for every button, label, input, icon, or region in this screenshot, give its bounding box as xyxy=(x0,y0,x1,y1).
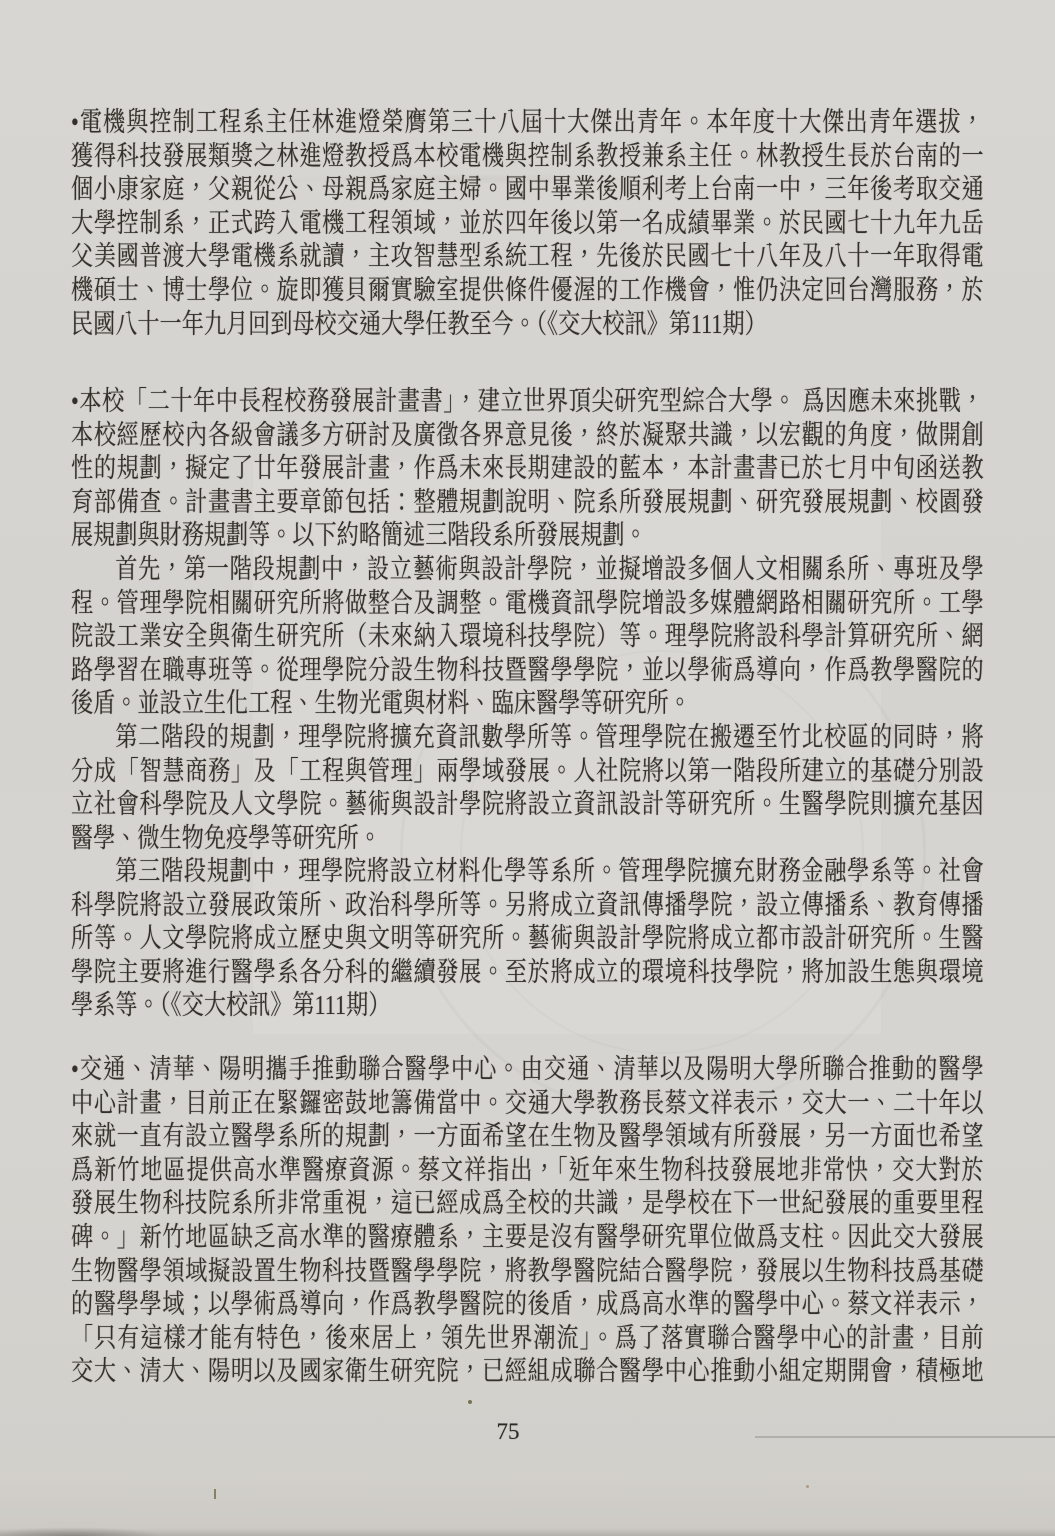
paragraph-joint-medical-center: •交通、清華、陽明攜手推動聯合醫學中心。由交通、清華以及陽明大學所聯合推動的醫學… xyxy=(71,1053,984,1389)
text-line: 分成「智慧商務」及「工程與管理」兩學域發展。人社院將以第一階段所建立的基礎分別設 xyxy=(71,755,984,789)
text-line: 爲新竹地區提供高水準醫療資源。蔡文祥指出，「近年來生物科技發展地非常快，交大對於 xyxy=(71,1154,984,1188)
text-line: 本校經歷校內各級會議多方研討及廣徵各界意見後，終於凝聚共識，以宏觀的角度，做開創 xyxy=(71,419,984,453)
text-line: 後盾。並設立生化工程、生物光電與材料、臨床醫學等研究所。 xyxy=(71,687,984,721)
text-line: 生物醫學領域擬設置生物科技暨醫學學院，將教學醫院結合醫學院，發展以生物科技爲基礎 xyxy=(71,1255,984,1289)
paragraph-top10-youth-award: •電機與控制工程系主任林進燈榮膺第三十八屆十大傑出青年。本年度十大傑出青年選拔，… xyxy=(71,106,984,341)
text-line: 性的規劃，擬定了廿年發展計畫，作爲未來長期建設的藍本，本計畫書已於七月中旬函送教 xyxy=(71,452,984,486)
text-line: •本校「二十年中長程校務發展計畫書」，建立世界頂尖研究型綜合大學。 爲因應未來挑… xyxy=(71,385,984,419)
text-line: •電機與控制工程系主任林進燈榮膺第三十八屆十大傑出青年。本年度十大傑出青年選拔， xyxy=(71,106,984,140)
text-line: 來就一直有設立醫學系所的規劃，一方面希望在生物及醫學領域有所發展，另一方面也希望 xyxy=(71,1120,984,1154)
text-line: 醫學、微生物免疫學等研究所。 xyxy=(71,822,984,856)
paragraph-phase2-plan: 第二階段的規劃，理學院將擴充資訊數學所等。管理學院在搬遷至竹北校區的同時，將分成… xyxy=(71,721,984,855)
text-line: 院設工業安全與衛生研究所（未來納入環境科技學院）等。理學院將設科學計算研究所、網 xyxy=(71,620,984,654)
bottom-edge-shadow xyxy=(0,1528,1055,1536)
paragraph-phase3-plan: 第三階段規劃中，理學院將設立材料化學等系所。管理學院擴充財務金融學系等。社會科學… xyxy=(71,855,984,1023)
text-line: 交大、清大、陽明以及國家衛生研究院，已經組成聯合醫學中心推動小組定期開會，積極地 xyxy=(71,1355,984,1389)
text-line: 大學控制系，正式跨入電機工程領域，並於四年後以第一名成績畢業。於民國七十九年九岳 xyxy=(71,207,984,241)
scan-speck xyxy=(806,1485,809,1488)
bottom-left-shadow xyxy=(0,1520,240,1536)
text-line: 程。管理學院相關研究所將做整合及調整。電機資訊學院增設多媒體網路相關研究所。工學 xyxy=(71,587,984,621)
text-line: 獲得科技發展類獎之林進燈教授爲本校電機與控制系教授兼系主任。林教授生長於台南的一 xyxy=(71,140,984,174)
text-line: 立社會科學院及人文學院。藝術與設計學院將設立資訊設計等研究所。生醫學院則擴充基因 xyxy=(71,788,984,822)
text-line: 發展生物科技院系所非常重視，這已經成爲全校的共識，是學校在下一世紀發展的重要里程 xyxy=(71,1187,984,1221)
text-line: 所等。人文學院將成立歷史與文明等研究所。藝術與設計學院將成立都市設計研究所。生醫 xyxy=(71,922,984,956)
page-number: 75 xyxy=(0,1419,1016,1445)
text-line: 中心計畫，目前正在緊鑼密鼓地籌備當中。交通大學教務長蔡文祥表示，交大一、二十年以 xyxy=(71,1087,984,1121)
text-line: 碑。」新竹地區缺乏高水準的醫療體系，主要是沒有醫學研究單位做爲支柱。因此交大發展 xyxy=(71,1221,984,1255)
scanned-document-page: •電機與控制工程系主任林進燈榮膺第三十八屆十大傑出青年。本年度十大傑出青年選拔，… xyxy=(0,0,1055,1536)
text-line: 「只有這樣才能有特色，後來居上，領先世界潮流」。爲了落實聯合醫學中心的計畫，目前 xyxy=(71,1322,984,1356)
text-line: 的醫學學域；以學術爲導向，作爲教學醫院的後盾，成爲高水準的醫學中心。蔡文祥表示， xyxy=(71,1288,984,1322)
paragraph-phase1-plan: 首先，第一階段規劃中，設立藝術與設計學院，並擬增設多個人文相關系所、專班及學程。… xyxy=(71,553,984,721)
text-line: 第三階段規劃中，理學院將設立材料化學等系所。管理學院擴充財務金融學系等。社會 xyxy=(71,855,984,889)
text-line: 民國八十一年九月回到母校交通大學任教至今。（《交大校訊》第111期） xyxy=(71,308,984,342)
scan-speck xyxy=(468,1400,472,1404)
text-line: •交通、清華、陽明攜手推動聯合醫學中心。由交通、清華以及陽明大學所聯合推動的醫學 xyxy=(71,1053,984,1087)
text-line: 父美國普渡大學電機系就讀，主攻智慧型系統工程，先後於民國七十八年及八十一年取得電 xyxy=(71,240,984,274)
scan-speck xyxy=(214,1489,216,1499)
text-line: 第二階段的規劃，理學院將擴充資訊數學所等。管理學院在搬遷至竹北校區的同時，將 xyxy=(71,721,984,755)
text-line: 育部備查。計畫書主要章節包括：整體規劃說明、院系所發展規劃、研究發展規劃、校園發 xyxy=(71,486,984,520)
text-line: 科學院將設立發展政策所、政治科學所等。另將成立資訊傳播學院，設立傳播系、教育傳播 xyxy=(71,889,984,923)
text-line: 學系等。（《交大校訊》第111期） xyxy=(71,989,984,1023)
text-line: 路學習在職專班等。從理學院分設生物科技暨醫學學院，並以學術爲導向，作爲教學醫院的 xyxy=(71,654,984,688)
text-line: 機碩士、博士學位。旋即獲貝爾實驗室提供條件優渥的工作機會，惟仍決定回台灣服務，於 xyxy=(71,274,984,308)
text-line: 展規劃與財務規劃等。以下約略簡述三階段系所發展規劃。 xyxy=(71,519,984,553)
text-line: 首先，第一階段規劃中，設立藝術與設計學院，並擬增設多個人文相關系所、專班及學 xyxy=(71,553,984,587)
text-line: 個小康家庭，父親從公、母親爲家庭主婦。國中畢業後順利考上台南一中，三年後考取交通 xyxy=(71,173,984,207)
text-line: 學院主要將進行醫學系各分科的繼續發展。至於將成立的環境科技學院，將加設生態與環境 xyxy=(71,956,984,990)
paragraph-20year-development-plan: •本校「二十年中長程校務發展計畫書」，建立世界頂尖研究型綜合大學。 爲因應未來挑… xyxy=(71,385,984,553)
